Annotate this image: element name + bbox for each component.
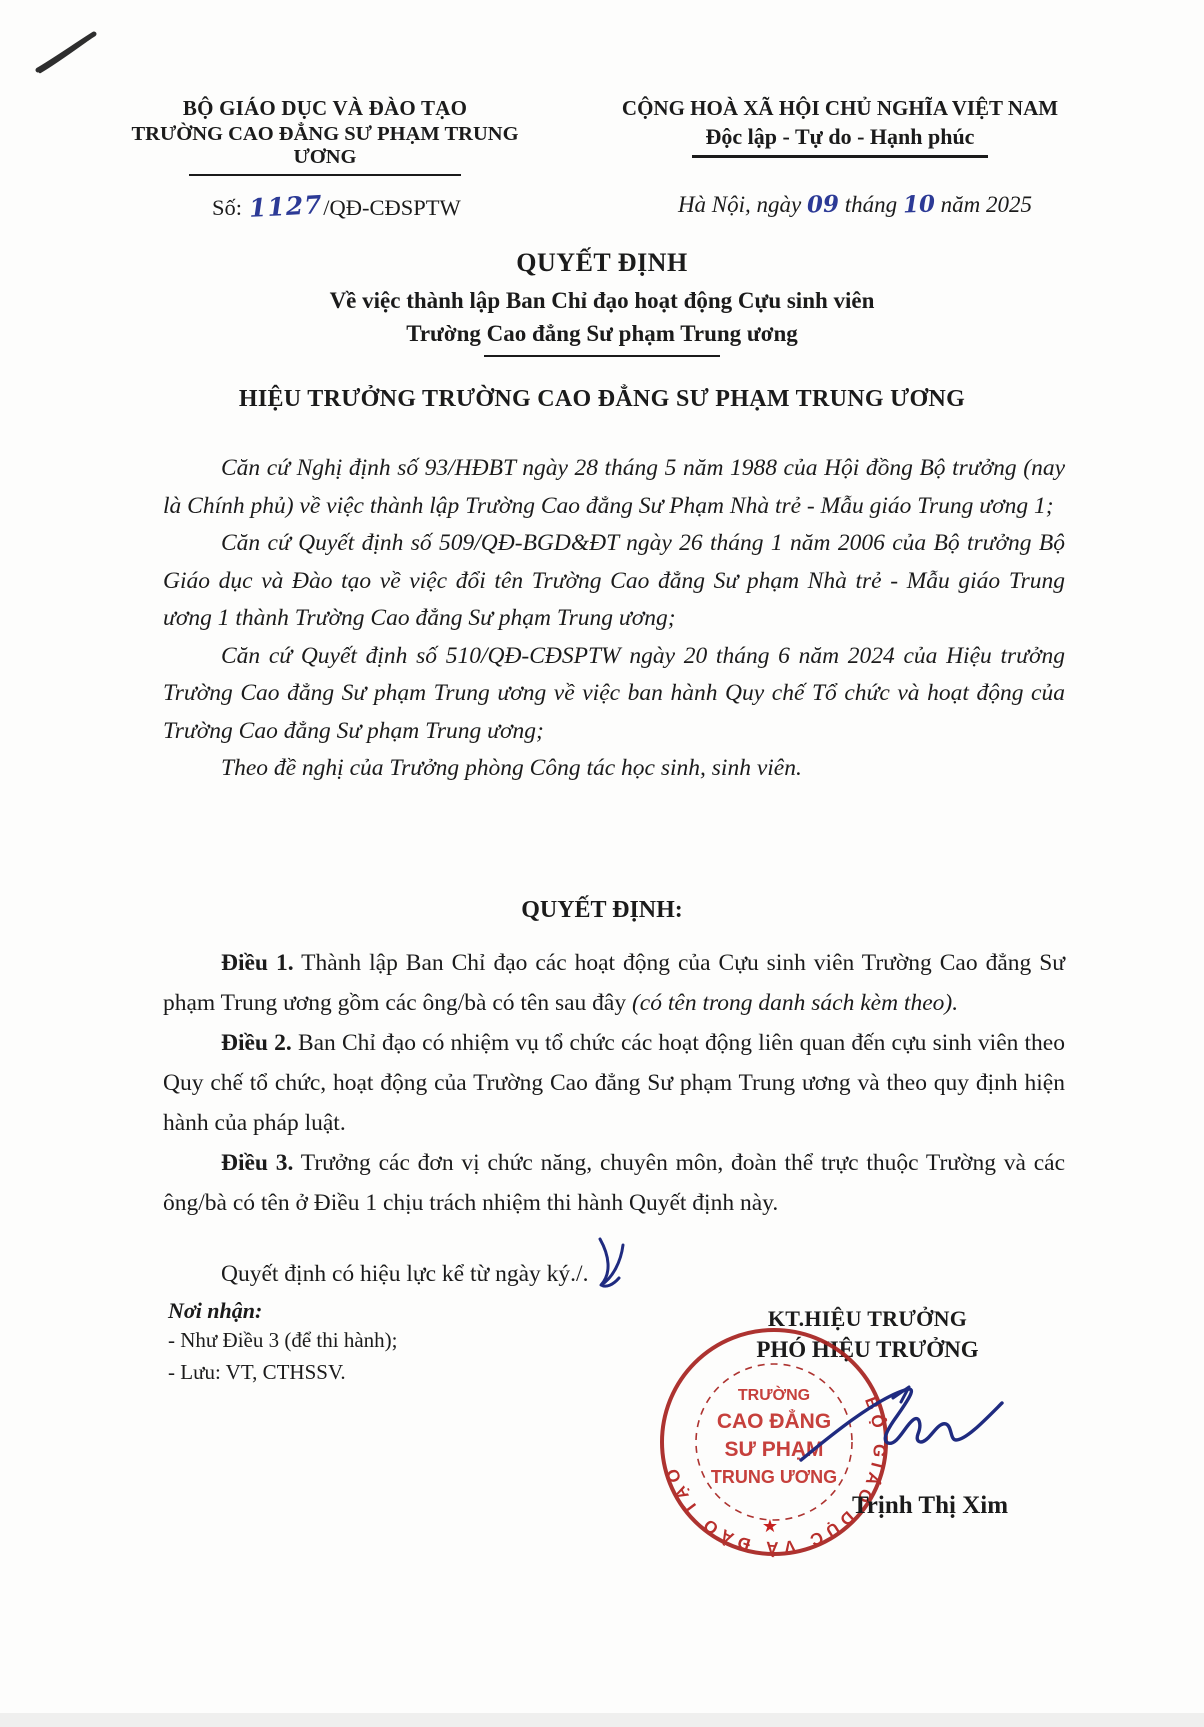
country-title: CỘNG HOÀ XÃ HỘI CHỦ NGHĨA VIỆT NAM (560, 96, 1120, 121)
motto-underline (692, 155, 988, 158)
article-2-label: Điều 2. (221, 1030, 292, 1056)
issuing-agency-block: BỘ GIÁO DỤC VÀ ĐÀO TẠO TRƯỜNG CAO ĐẲNG S… (105, 96, 545, 176)
document-number: Số: 1127/QĐ-CĐSPTW (212, 192, 461, 221)
title-underline (484, 355, 720, 357)
month-handwritten: 10 (902, 190, 935, 218)
articles-section: Điều 1. Thành lập Ban Chỉ đạo các hoạt đ… (163, 943, 1065, 1294)
agency-underline (189, 174, 461, 176)
article-2-text: Ban Chỉ đạo có nhiệm vụ tổ chức các hoạt… (163, 1030, 1065, 1136)
recipient-item: - Lưu: VT, CTHSSV. (168, 1356, 588, 1388)
date-part2: tháng (839, 192, 903, 217)
signer-name: Trịnh Thị Xim (700, 1492, 1160, 1520)
recipient-item: - Như Điều 3 (để thi hành); (168, 1324, 588, 1356)
decision-heading: QUYẾT ĐỊNH: (0, 897, 1204, 924)
motto: Độc lập - Tự do - Hạnh phúc (560, 124, 1120, 150)
effective-text: Quyết định có hiệu lực kể từ ngày ký./. (221, 1261, 588, 1287)
day-handwritten: 09 (807, 190, 840, 218)
document-subtitle-line1: Về việc thành lập Ban Chỉ đạo hoạt động … (0, 284, 1204, 317)
title-block: QUYẾT ĐỊNH Về việc thành lập Ban Chỉ đạo… (0, 248, 1204, 357)
article-2: Điều 2. Ban Chỉ đạo có nhiệm vụ tổ chức … (163, 1023, 1065, 1143)
effective-line: Quyết định có hiệu lực kể từ ngày ký./. (163, 1223, 1065, 1294)
document-title: QUYẾT ĐỊNH (0, 248, 1204, 278)
doc-number-suffix: /QĐ-CĐSPTW (323, 195, 461, 220)
preamble-paragraph: Căn cứ Quyết định số 510/QĐ-CĐSPTW ngày … (163, 638, 1065, 751)
pen-stroke-mark (30, 24, 108, 80)
preamble-paragraph: Căn cứ Nghị định số 93/HĐBT ngày 28 thán… (163, 450, 1065, 525)
recipients-heading: Nơi nhận: (168, 1298, 588, 1324)
article-1: Điều 1. Thành lập Ban Chỉ đạo các hoạt đ… (163, 943, 1065, 1023)
place-date-line: Hà Nội, ngày 09 tháng 10 năm 2025 (600, 191, 1110, 218)
recipients-block: Nơi nhận: - Như Điều 3 (để thi hành); - … (168, 1298, 588, 1388)
scanned-decision-document: BỘ GIÁO DỤC VÀ ĐÀO TẠO TRƯỜNG CAO ĐẲNG S… (0, 0, 1204, 1727)
school-name: TRƯỜNG CAO ĐẲNG SƯ PHẠM TRUNG ƯƠNG (105, 123, 545, 169)
preamble-paragraph: Theo đề nghị của Trưởng phòng Công tác h… (163, 750, 1065, 788)
national-motto-block: CỘNG HOÀ XÃ HỘI CHỦ NGHĨA VIỆT NAM Độc l… (560, 96, 1120, 158)
authority-heading: HIỆU TRƯỞNG TRƯỜNG CAO ĐẲNG SƯ PHẠM TRUN… (0, 386, 1204, 413)
article-3-label: Điều 3. (221, 1150, 293, 1176)
date-part1: Hà Nội, ngày (678, 192, 807, 217)
article-3-text: Trưởng các đơn vị chức năng, chuyên môn,… (163, 1150, 1065, 1216)
scan-edge-artifact (0, 1713, 1204, 1727)
doc-number-handwritten: 1127 (248, 190, 323, 223)
handwritten-signature (793, 1382, 1008, 1477)
document-subtitle-line2: Trường Cao đẳng Sư phạm Trung ương (0, 317, 1204, 350)
ministry-name: BỘ GIÁO DỤC VÀ ĐÀO TẠO (105, 96, 545, 121)
date-part3: năm 2025 (935, 192, 1032, 217)
ink-initial-mark (592, 1235, 632, 1293)
article-3: Điều 3. Trưởng các đơn vị chức năng, chu… (163, 1143, 1065, 1223)
preamble-paragraph: Căn cứ Quyết định số 509/QĐ-BGD&ĐT ngày … (163, 525, 1065, 638)
preamble-section: Căn cứ Nghị định số 93/HĐBT ngày 28 thán… (163, 450, 1065, 788)
article-1-note: (có tên trong danh sách kèm theo). (632, 990, 958, 1016)
doc-number-prefix: Số: (212, 195, 248, 220)
article-1-label: Điều 1. (221, 950, 294, 976)
